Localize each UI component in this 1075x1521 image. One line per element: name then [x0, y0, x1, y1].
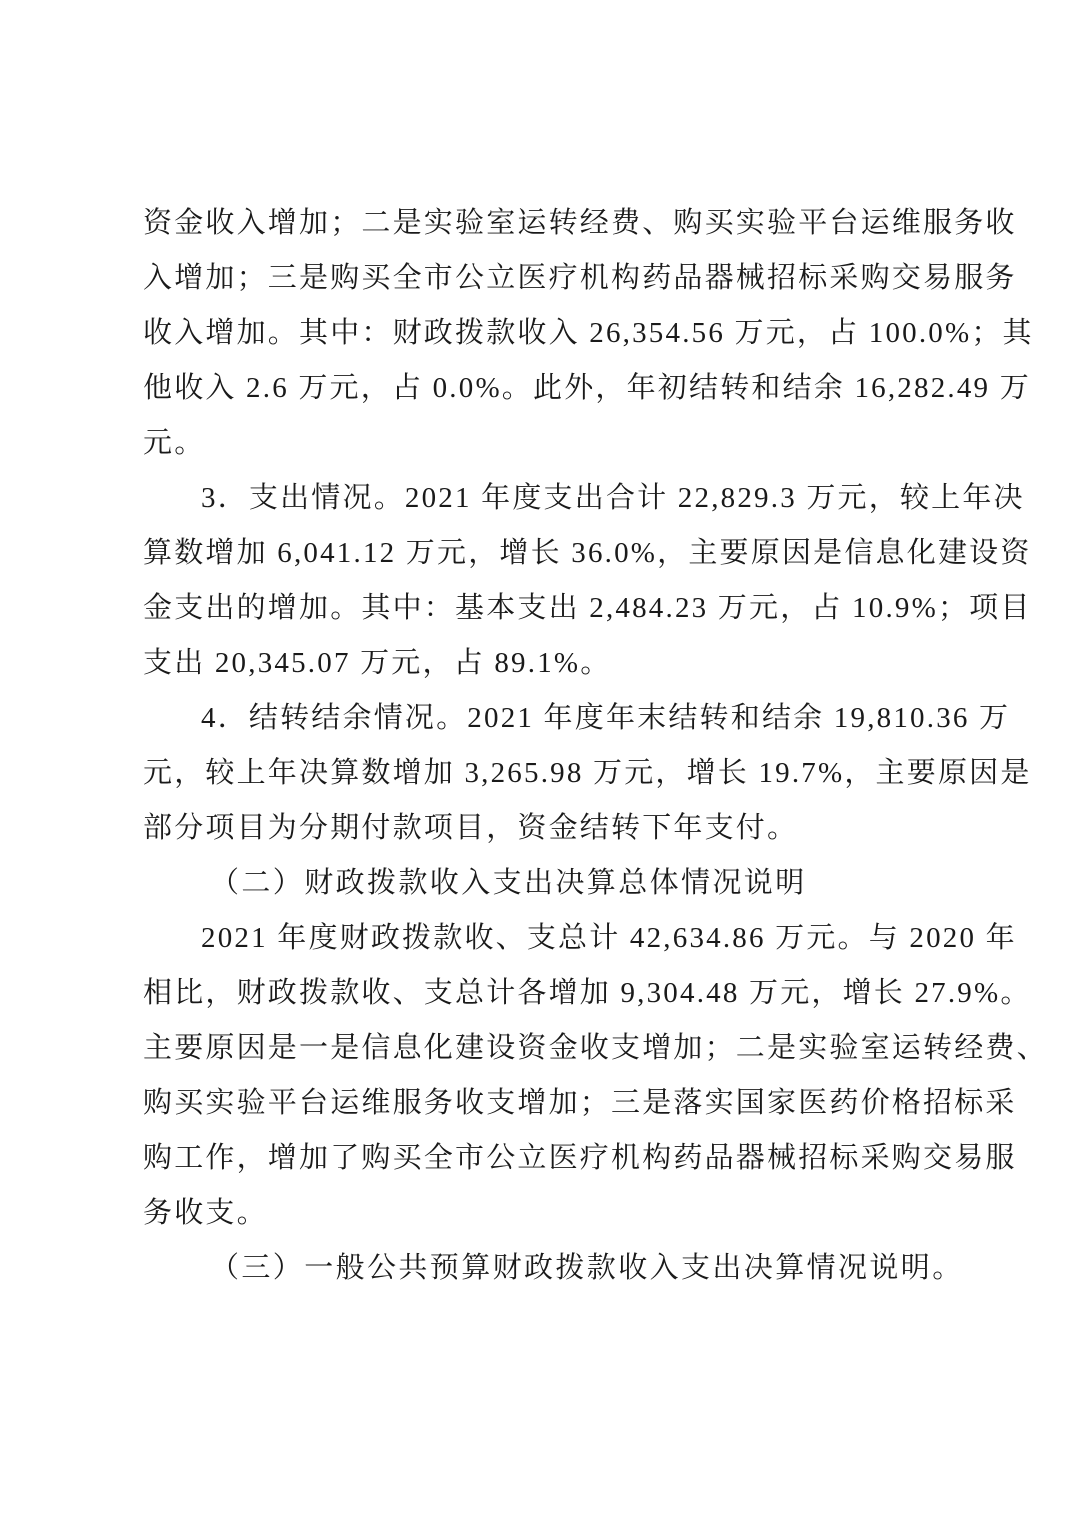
paragraph-line: 资金收入增加；二是实验室运转经费、购买实验平台运维服务收 [143, 205, 1017, 241]
paragraph-line: 入增加；三是购买全市公立医疗机构药品器械招标采购交易服务 [143, 260, 1017, 296]
paragraph-line: 他收入 2.6 万元，占 0.0%。此外，年初结转和结余 16,282.49 万 [143, 370, 1031, 406]
paragraph-line: 收入增加。其中：财政拨款收入 26,354.56 万元，占 100.0%；其 [143, 315, 1034, 351]
paragraph-line: 4．结转结余情况。2021 年度年末结转和结余 19,810.36 万 [201, 700, 1010, 736]
paragraph-line: 2021 年度财政拨款收、支总计 42,634.86 万元。与 2020 年 [201, 920, 1017, 956]
paragraph-line: 元。 [143, 425, 205, 461]
paragraph-line: 金支出的增加。其中：基本支出 2,484.23 万元，占 10.9%；项目 [143, 590, 1032, 626]
paragraph-line: 部分项目为分期付款项目，资金结转下年支付。 [143, 810, 798, 846]
paragraph-line: 算数增加 6,041.12 万元，增长 36.0%，主要原因是信息化建设资 [143, 535, 1032, 571]
section-heading: （二）财政拨款收入支出决算总体情况说明 [210, 865, 807, 901]
paragraph-line: 主要原因是一是信息化建设资金收支增加；二是实验室运转经费、 [143, 1030, 1048, 1066]
document-page: 资金收入增加；二是实验室运转经费、购买实验平台运维服务收入增加；三是购买全市公立… [0, 0, 1075, 1521]
section-heading: （三）一般公共预算财政拨款收入支出决算情况说明。 [210, 1250, 964, 1286]
paragraph-line: 务收支。 [143, 1195, 268, 1231]
paragraph-line: 3．支出情况。2021 年度支出合计 22,829.3 万元，较上年决 [201, 480, 1025, 516]
paragraph-line: 购买实验平台运维服务收支增加；三是落实国家医药价格招标采 [143, 1085, 1017, 1121]
paragraph-line: 支出 20,345.07 万元，占 89.1%。 [143, 645, 611, 681]
paragraph-line: 元，较上年决算数增加 3,265.98 万元，增长 19.7%，主要原因是 [143, 755, 1032, 791]
paragraph-line: 购工作，增加了购买全市公立医疗机构药品器械招标采购交易服 [143, 1140, 1017, 1176]
paragraph-line: 相比，财政拨款收、支总计各增加 9,304.48 万元，增长 27.9%。 [143, 975, 1032, 1011]
